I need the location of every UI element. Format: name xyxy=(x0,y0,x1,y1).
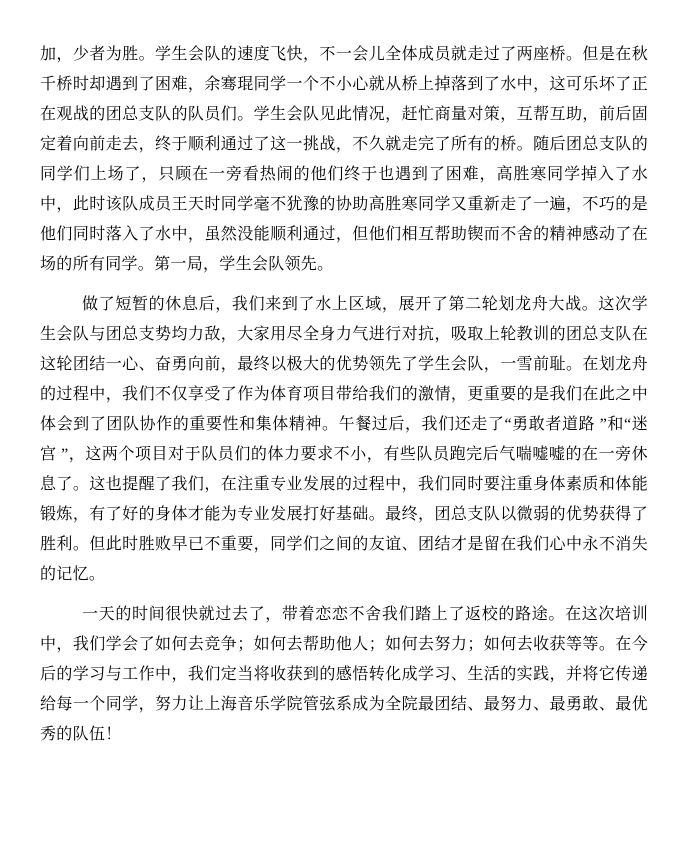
paragraph-2: 做了短暂的休息后，我们来到了水上区域，展开了第二轮划龙舟大战。这次学生会队与团总… xyxy=(40,290,648,590)
paragraph-1: 加，少者为胜。学生会队的速度飞快，不一会儿全体成员就走过了两座桥。但是在秋千桥时… xyxy=(40,40,648,280)
paragraph-3: 一天的时间很快就过去了，带着恋恋不舍我们踏上了返校的路途。在这次培训中，我们学会… xyxy=(40,600,648,750)
document-page: 加，少者为胜。学生会队的速度飞快，不一会儿全体成员就走过了两座桥。但是在秋千桥时… xyxy=(0,0,683,861)
